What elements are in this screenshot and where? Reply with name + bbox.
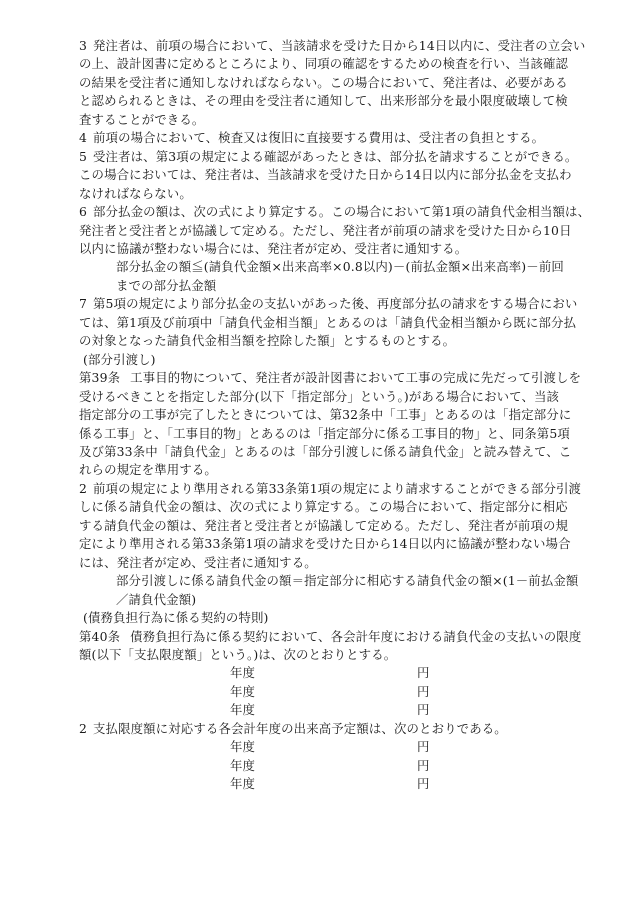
- payment-limit-table: 年度 円 年度 円 年度 円: [79, 664, 559, 719]
- article-line: 第39条工事目的物について、発注者が設計図書において工事の完成に先だって引渡しを: [91, 369, 559, 387]
- fiscal-year-label: 年度: [230, 775, 255, 793]
- paragraph-number: 7: [79, 295, 93, 313]
- article-number: 第39条: [79, 370, 120, 385]
- formula-line: までの部分払金額: [116, 277, 559, 295]
- paragraph-line: 3発注者は、前項の場合において、当該請求を受けた日から14日以内に、受注者の立会…: [93, 37, 559, 55]
- yen-amount-label: 円: [417, 683, 430, 701]
- formula-line: 部分引渡しに係る請負代金の額＝指定部分に相応する請負代金の額×(1－前払金額: [116, 572, 559, 590]
- article-line: 額(以下「支払限度額」という。)は、次のとおりとする。: [91, 646, 559, 664]
- article-line: 係る工事」と、「工事目的物」とあるのは「指定部分に係る工事目的物」と、同条第5項: [91, 425, 559, 443]
- paragraph-line: 定により準用される第33条第1項の請求を受けた日から14日以内に協議が整わない場…: [93, 535, 559, 553]
- article-39: 第39条工事目的物について、発注者が設計図書において工事の完成に先だって引渡しを…: [79, 369, 559, 480]
- fiscal-year-label: 年度: [230, 701, 255, 719]
- paragraph-line: 6部分払金の額は、次の式により算定する。この場合において第1項の請負代金相当額は…: [93, 203, 559, 221]
- fiscal-year-label: 年度: [230, 664, 255, 682]
- forecast-row: 年度 円: [79, 775, 559, 793]
- paragraph-line: 2前項の規定により準用される第33条第1項の規定により請求することができる部分引…: [93, 480, 559, 498]
- paragraph-number: 2: [79, 720, 93, 738]
- article-39-caption: (部分引渡し): [79, 351, 559, 369]
- article-line: 受けるべきことを指定した部分(以下「指定部分」という。)がある場合において、当該: [91, 388, 559, 406]
- paragraph-line: の対象となった請負代金相当額を控除した額」とするものとする。: [93, 332, 559, 350]
- payment-limit-row: 年度 円: [79, 683, 559, 701]
- yen-amount-label: 円: [417, 775, 430, 793]
- paragraph-line: 7第5項の規定により部分払金の支払いがあった後、再度部分払の請求をする場合におい: [93, 295, 559, 313]
- forecast-row: 年度 円: [79, 757, 559, 775]
- formula-line: 部分払金の額≦(請負代金額×出来高率×0.8以内)－(前払金額×出来高率)－前回: [116, 258, 559, 276]
- paragraph-5: 5受注者は、第3項の規定による確認があったときは、部分払を請求することができる。…: [79, 148, 559, 203]
- fiscal-year-label: 年度: [230, 738, 255, 756]
- paragraph-6: 6部分払金の額は、次の式により算定する。この場合において第1項の請負代金相当額は…: [79, 203, 559, 258]
- paragraph-line: には、発注者が定め、受注者に通知する。: [93, 554, 559, 572]
- paragraph-number: 5: [79, 148, 93, 166]
- paragraph-line: 以内に協議が整わない場合には、発注者が定め、受注者に通知する。: [93, 240, 559, 258]
- fiscal-year-label: 年度: [230, 683, 255, 701]
- document-page: 3発注者は、前項の場合において、当該請求を受けた日から14日以内に、受注者の立会…: [79, 37, 559, 793]
- article-line: 指定部分の工事が完了したときについては、第32条中「工事」とあるのは「指定部分に: [91, 406, 559, 424]
- payment-limit-row: 年度 円: [79, 664, 559, 682]
- paragraph-number: 3: [79, 37, 93, 55]
- formula-line: ／請負代金額): [116, 591, 559, 609]
- paragraph-3: 3発注者は、前項の場合において、当該請求を受けた日から14日以内に、受注者の立会…: [79, 37, 559, 129]
- yen-amount-label: 円: [417, 757, 430, 775]
- yen-amount-label: 円: [417, 701, 430, 719]
- paragraph-line: 2支払限度額に対応する各会計年度の出来高予定額は、次のとおりである。: [93, 720, 559, 738]
- article-40-paragraph-2: 2支払限度額に対応する各会計年度の出来高予定額は、次のとおりである。: [79, 720, 559, 738]
- paragraph-line: の上、設計図書に定めるところにより、同項の確認をするための検査を行い、当該確認: [93, 55, 559, 73]
- yen-amount-label: 円: [417, 738, 430, 756]
- paragraph-number: 6: [79, 203, 93, 221]
- article-40-caption: (債務負担行為に係る契約の特則): [79, 609, 559, 627]
- paragraph-line: 査することができる。: [93, 111, 559, 129]
- paragraph-line: する請負代金の額は、発注者と受注者とが協議して定める。ただし、発注者が前項の規: [93, 517, 559, 535]
- paragraph-line: の結果を受注者に通知しなければならない。この場合において、発注者は、必要がある: [93, 74, 559, 92]
- paragraph-7: 7第5項の規定により部分払金の支払いがあった後、再度部分払の請求をする場合におい…: [79, 295, 559, 350]
- article-number: 第40条: [79, 629, 120, 644]
- article-40: 第40条債務負担行為に係る契約において、各会計年度における請負代金の支払いの限度…: [79, 628, 559, 665]
- forecast-row: 年度 円: [79, 738, 559, 756]
- article-39-paragraph-2: 2前項の規定により準用される第33条第1項の規定により請求することができる部分引…: [79, 480, 559, 572]
- paragraph-line: しに係る請負代金の額は、次の式により算定する。この場合において、指定部分に相応: [93, 498, 559, 516]
- paragraph-number: 4: [79, 129, 93, 147]
- paragraph-line: この場合においては、発注者は、当該請求を受けた日から14日以内に部分払金を支払わ: [93, 166, 559, 184]
- paragraph-line: と認められるときは、その理由を受注者に通知して、出来形部分を最小限度破壊して検: [93, 92, 559, 110]
- article-line: 及び第33条中「請負代金」とあるのは「部分引渡しに係る請負代金」と読み替えて、こ: [91, 443, 559, 461]
- partial-delivery-formula: 部分引渡しに係る請負代金の額＝指定部分に相応する請負代金の額×(1－前払金額 ／…: [79, 572, 559, 609]
- paragraph-line: なければならない。: [93, 185, 559, 203]
- paragraph-line: 4前項の場合において、検査又は復旧に直接要する費用は、受注者の負担とする。: [93, 129, 559, 147]
- paragraph-number: 2: [79, 480, 93, 498]
- forecast-amount-table: 年度 円 年度 円 年度 円: [79, 738, 559, 793]
- article-line: れらの規定を準用する。: [91, 461, 559, 479]
- article-line: 第40条債務負担行為に係る契約において、各会計年度における請負代金の支払いの限度: [91, 628, 559, 646]
- partial-payment-formula: 部分払金の額≦(請負代金額×出来高率×0.8以内)－(前払金額×出来高率)－前回…: [79, 258, 559, 295]
- yen-amount-label: 円: [417, 664, 430, 682]
- payment-limit-row: 年度 円: [79, 701, 559, 719]
- paragraph-4: 4前項の場合において、検査又は復旧に直接要する費用は、受注者の負担とする。: [79, 129, 559, 147]
- paragraph-line: ては、第1項及び前項中「請負代金相当額」とあるのは「請負代金相当額から既に部分払: [93, 314, 559, 332]
- paragraph-line: 発注者と受注者とが協議して定める。ただし、発注者が前項の請求を受けた日から10日: [93, 222, 559, 240]
- fiscal-year-label: 年度: [230, 757, 255, 775]
- paragraph-line: 5受注者は、第3項の規定による確認があったときは、部分払を請求することができる。: [93, 148, 559, 166]
